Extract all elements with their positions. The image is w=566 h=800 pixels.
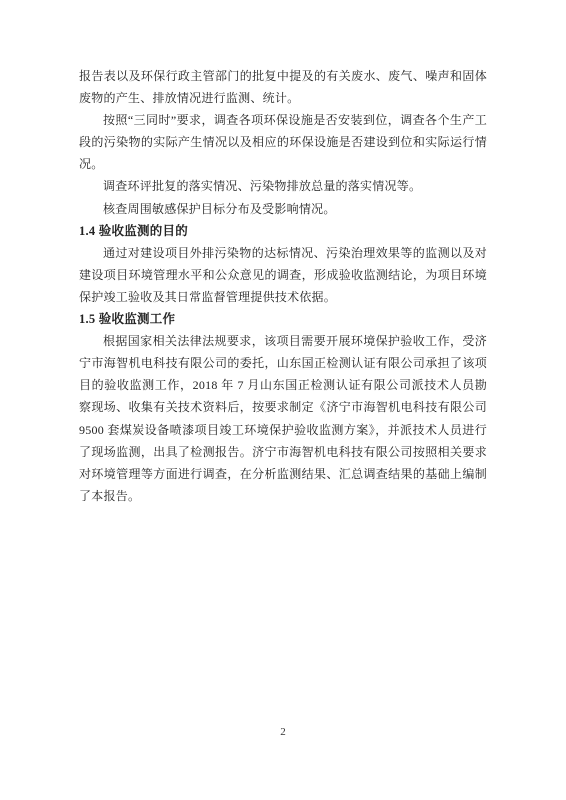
paragraph: 核查周围敏感保护目标分布及受影响情况。 [79,198,487,220]
page-footer: 2 [0,722,566,740]
document-body: 报告表以及环保行政主管部门的批复中提及的有关废水、废气、噪声和固体废物的产生、排… [79,65,487,507]
section-heading: 1.4 验收监测的目的 [79,220,487,242]
document-page: 报告表以及环保行政主管部门的批复中提及的有关废水、废气、噪声和固体废物的产生、排… [0,0,566,800]
paragraph: 通过对建设项目外排污染物的达标情况、污染治理效果等的监测以及对建设项目环境管理水… [79,242,487,308]
page-number: 2 [280,726,286,738]
paragraph: 调查环评批复的落实情况、污染物排放总量的落实情况等。 [79,175,487,197]
paragraph: 根据国家相关法律法规要求，该项目需要开展环境保护验收工作，受济宁市海智机电科技有… [79,330,487,507]
section-heading: 1.5 验收监测工作 [79,308,487,330]
paragraph: 报告表以及环保行政主管部门的批复中提及的有关废水、废气、噪声和固体废物的产生、排… [79,65,487,109]
paragraph: 按照“三同时”要求，调查各项环保设施是否安装到位，调查各个生产工段的污染物的实际… [79,109,487,175]
